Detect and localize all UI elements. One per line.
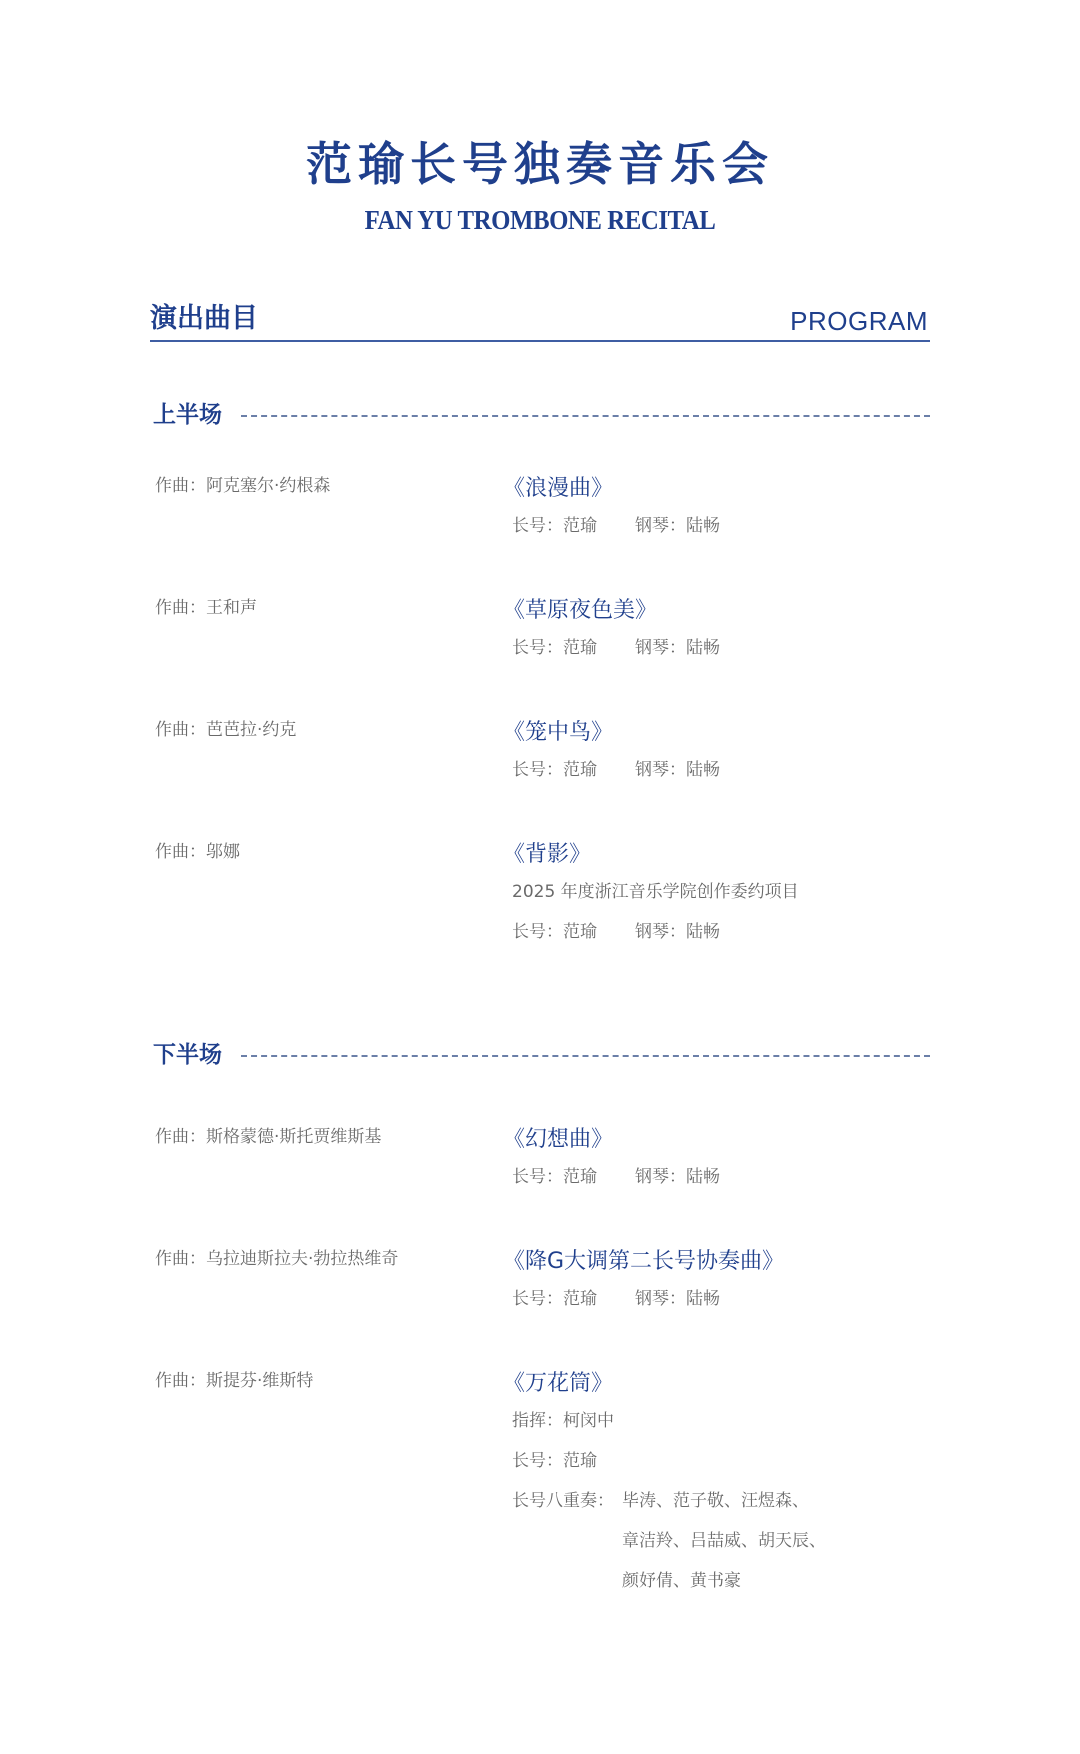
section-label: 下半场 [153,1040,222,1070]
program-heading-cn: 演出曲目 [150,300,258,338]
piano-performer: 钢琴：陆畅 [635,638,720,658]
ensemble-members: 颜妤倩、黄书豪 [512,1569,826,1609]
performers: 2025 年度浙江音乐学院创作委约项目 长号：范瑜钢琴：陆畅 [512,880,799,960]
concert-subtitle: FAN YU TROMBONE RECITAL [43,204,1037,236]
concert-title: 范瑜长号独奏音乐会 [0,136,1080,192]
piano-performer: 钢琴：陆畅 [635,1289,720,1309]
program-header: 演出曲目 PROGRAM [150,300,930,342]
composer: 作曲：芭芭拉·约克 [155,718,296,742]
ensemble-members: 毕涛、范子敬、汪煜森、 [622,1491,809,1511]
piano-performer: 钢琴：陆畅 [635,1167,720,1187]
piece-title: 《浪漫曲》 [503,474,613,504]
trombone-performer: 长号：范瑜 [512,760,597,780]
section-second-half: 下半场 [153,1040,930,1070]
composer: 作曲：邬娜 [155,840,240,864]
piece-title: 《降G大调第二长号协奏曲》 [503,1247,784,1277]
composer: 作曲：斯提芬·维斯特 [155,1369,313,1393]
section-first-half: 上半场 [153,400,930,430]
trombone-performer: 长号：范瑜 [512,638,597,658]
piece-title: 《万花筒》 [503,1369,613,1399]
piece-title: 《背影》 [503,840,591,870]
ensemble-label: 长号八重奏： [512,1489,622,1513]
performers: 指挥：柯闵中 长号：范瑜 长号八重奏：毕涛、范子敬、汪煜森、 章洁羚、吕喆威、胡… [512,1409,826,1609]
piece-title: 《草原夜色美》 [503,596,657,626]
dashed-divider [241,415,930,417]
trombone-performer: 长号：范瑜 [512,1167,597,1187]
piece-title: 《幻想曲》 [503,1125,613,1155]
ensemble-members: 章洁羚、吕喆威、胡天辰、 [512,1529,826,1569]
trombone-performer: 长号：范瑜 [512,516,597,536]
performers: 长号：范瑜钢琴：陆畅 [512,758,720,798]
composer: 作曲：斯格蒙德·斯托贾维斯基 [155,1125,381,1149]
trombone-performer: 长号：范瑜 [512,1289,597,1309]
piece-title: 《笼中鸟》 [503,718,613,748]
trombone-performer: 长号：范瑜 [512,922,597,942]
commission-note: 2025 年度浙江音乐学院创作委约项目 [512,880,799,920]
program-heading-en: PROGRAM [790,304,928,338]
performers: 长号：范瑜钢琴：陆畅 [512,636,720,676]
conductor: 指挥：柯闵中 [512,1409,826,1449]
performers: 长号：范瑜钢琴：陆畅 [512,1165,720,1205]
composer: 作曲：乌拉迪斯拉夫·勃拉热维奇 [155,1247,398,1271]
section-label: 上半场 [153,400,222,430]
piano-performer: 钢琴：陆畅 [635,516,720,536]
trombone-performer: 长号：范瑜 [512,1449,826,1489]
dashed-divider [241,1055,930,1057]
composer: 作曲：阿克塞尔·约根森 [155,474,330,498]
performers: 长号：范瑜钢琴：陆畅 [512,1287,720,1327]
piano-performer: 钢琴：陆畅 [635,760,720,780]
performers: 长号：范瑜钢琴：陆畅 [512,514,720,554]
composer: 作曲：王和声 [155,596,257,620]
piano-performer: 钢琴：陆畅 [635,922,720,942]
